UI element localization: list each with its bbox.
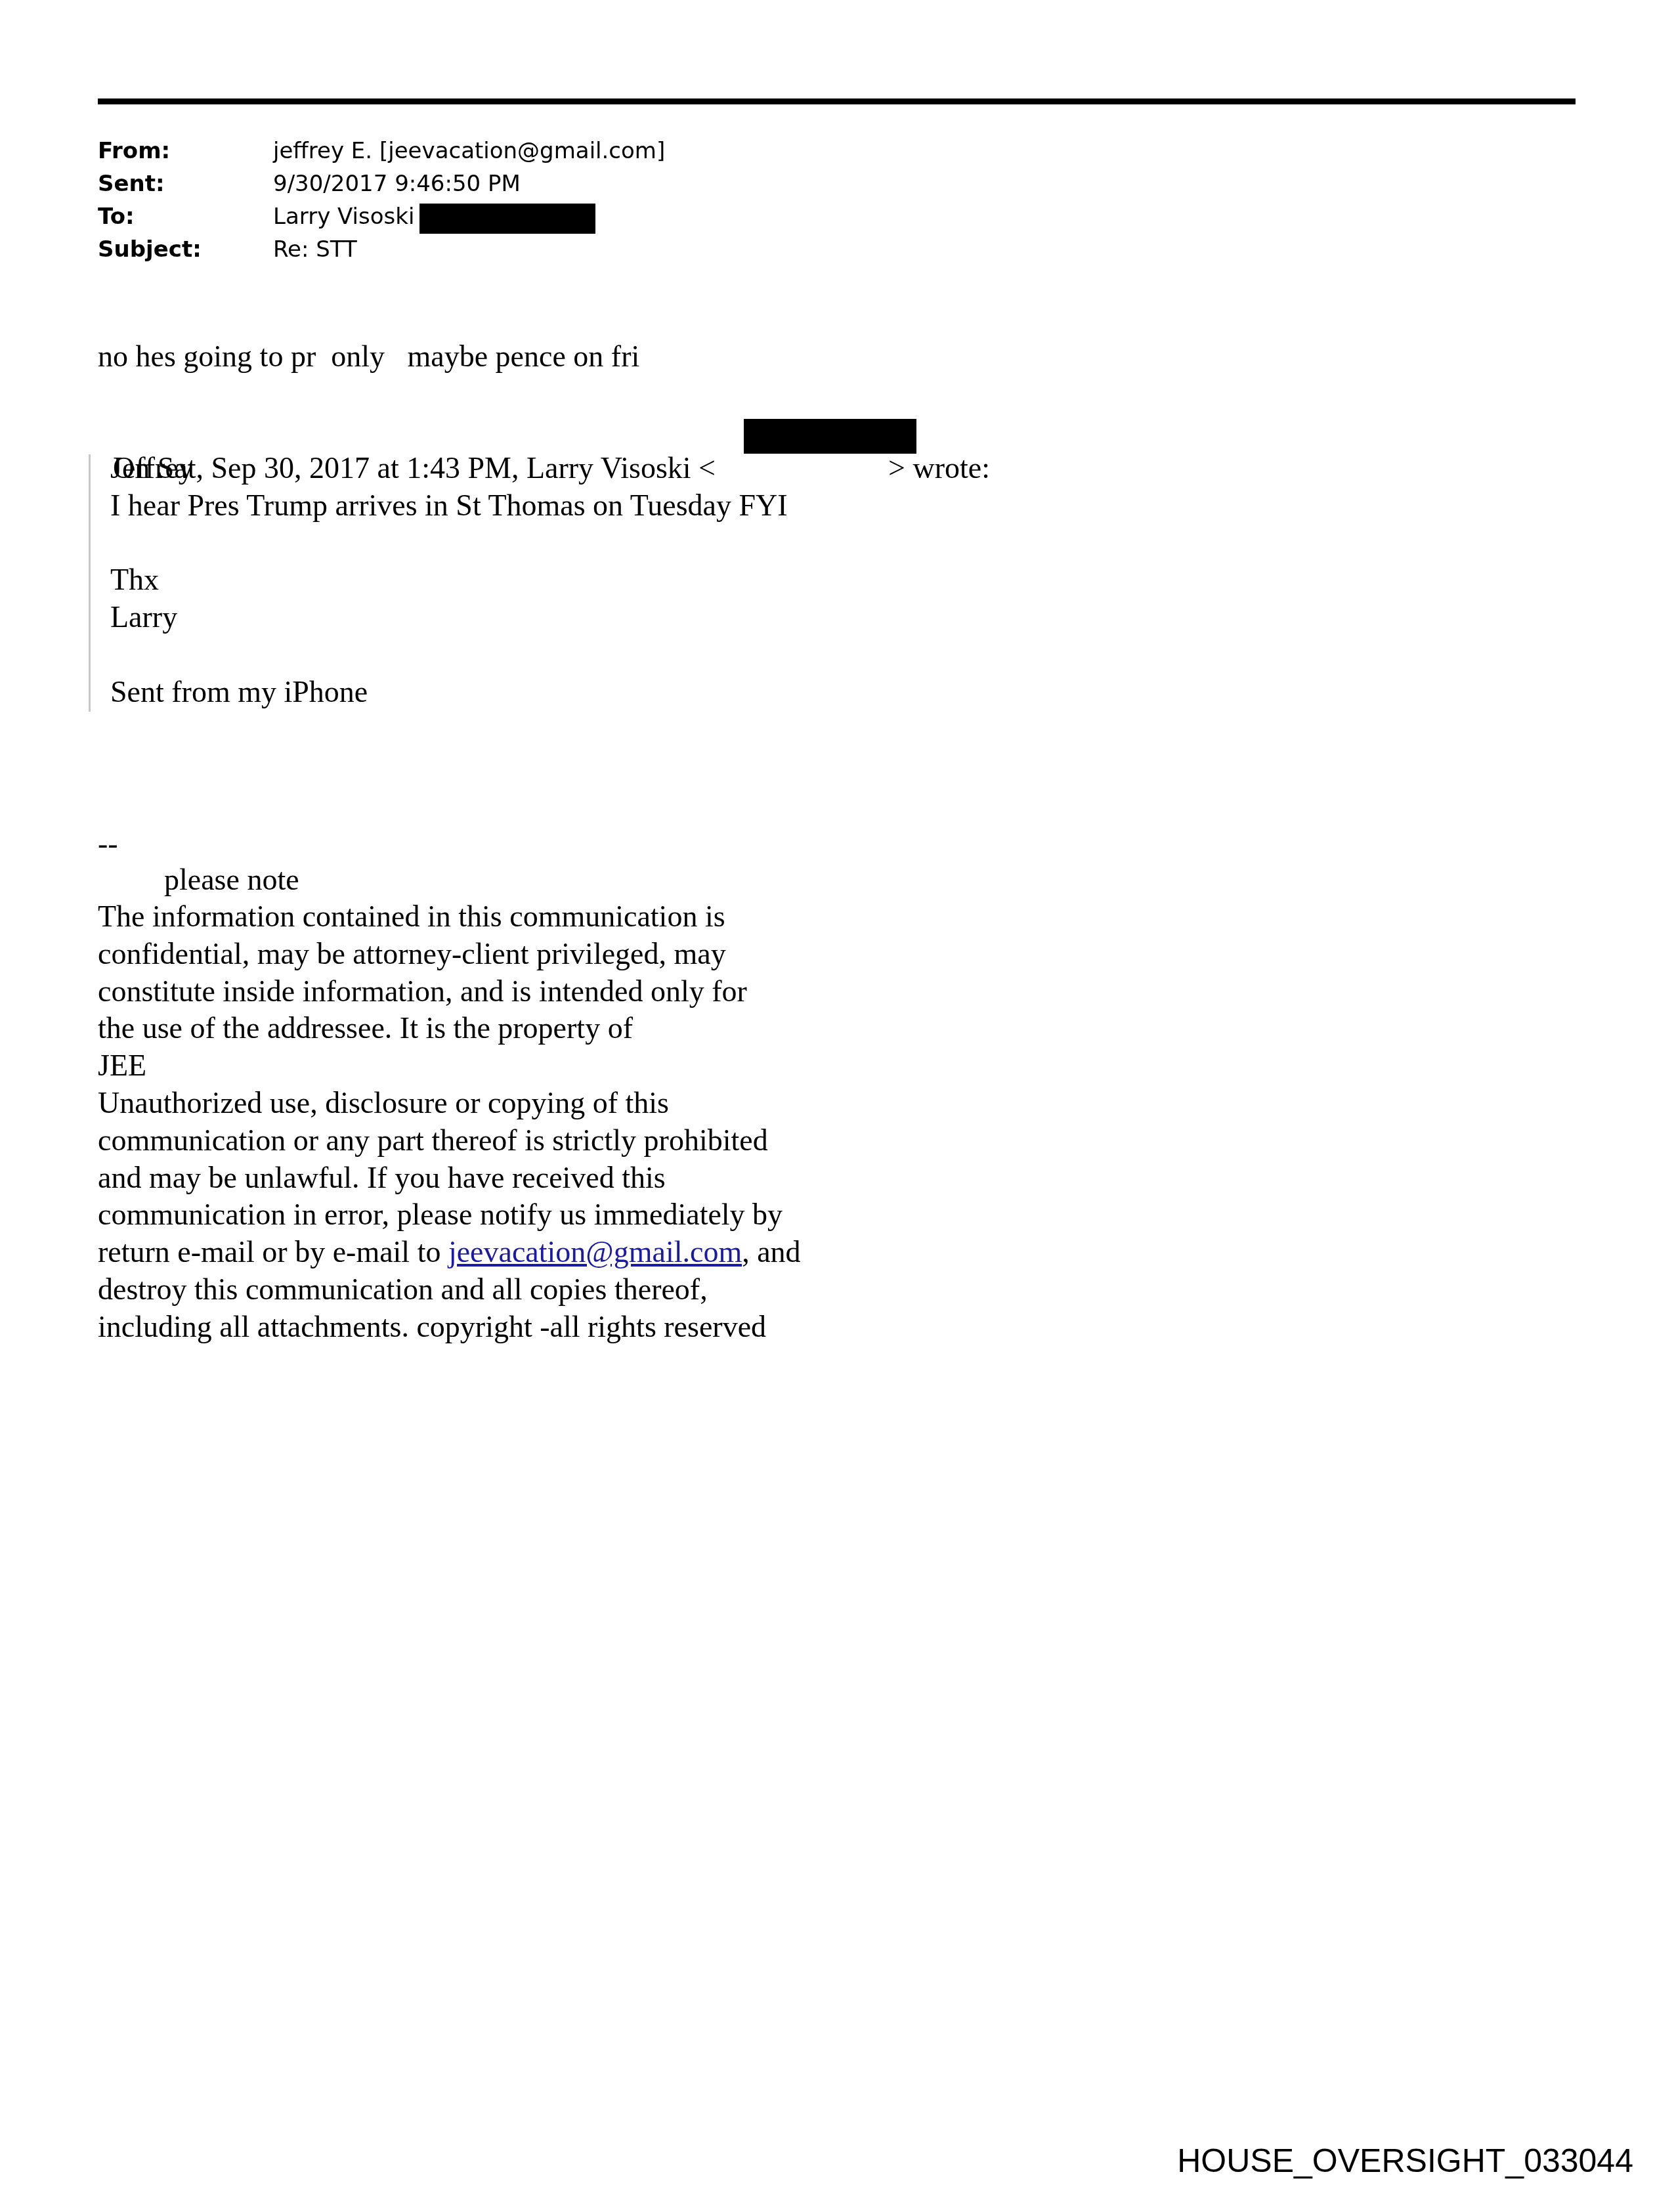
quote-attribution-suffix: > wrote: [888,451,990,485]
disclaimer-line: JEE [98,1047,801,1085]
return-line-prefix: return e-mail or by e-mail to [98,1235,448,1269]
disclaimer-line: confidential, may be attorney-client pri… [98,936,801,973]
disclaimer-line: The information contained in this commun… [98,898,801,936]
disclaimer-line: and may be unlawful. If you have receive… [98,1160,801,1197]
to-label: To: [98,200,135,233]
sent-value: 9/30/2017 9:46:50 PM [273,167,521,200]
from-value: jeffrey E. [jeevacation@gmail.com] [273,135,665,167]
disclaimer-line: communication or any part thereof is str… [98,1122,801,1160]
disclaimer-line: destroy this communication and all copie… [98,1271,801,1309]
quote-bar [89,454,91,712]
disclaimer-line: communication in error, please notify us… [98,1196,801,1234]
disclaimer-line: including all attachments. copyright -al… [98,1309,801,1346]
return-line-suffix: , and [742,1235,800,1269]
please-note: please note [164,861,299,898]
sent-label: Sent: [98,167,165,200]
email-link[interactable]: jeevacation@gmail.com [448,1235,742,1269]
subject-label: Subject: [98,233,202,266]
disclaimer-line: Unauthorized use, disclosure or copying … [98,1085,801,1122]
to-value: Larry Visoski [273,200,414,233]
disclaimer-line: the use of the addressee. It is the prop… [98,1010,801,1047]
quoted-line: I hear Pres Trump arrives in St Thomas o… [110,487,788,524]
quoted-line: Sent from my iPhone [110,673,368,710]
redaction-box [419,204,595,234]
redaction-box [744,419,916,454]
subject-value: Re: STT [273,233,357,266]
bates-number: HOUSE_OVERSIGHT_033044 [1177,2142,1633,2180]
quote-attribution-prefix: On Sat, Sep 30, 2017 at 1:43 PM, Larry V… [113,451,716,485]
reply-text: no hes going to pr only maybe pence on f… [98,337,639,375]
header-rule [98,98,1576,104]
quoted-line: Jeffrey [110,449,194,487]
signature-separator: -- [98,825,118,862]
from-label: From: [98,135,170,167]
disclaimer-line: return e-mail or by e-mail to jeevacatio… [98,1234,801,1271]
disclaimer: The information contained in this commun… [98,898,801,1346]
disclaimer-line: constitute inside information, and is in… [98,973,801,1010]
quoted-line: Thx [110,561,159,598]
quoted-line: Larry [110,598,177,636]
